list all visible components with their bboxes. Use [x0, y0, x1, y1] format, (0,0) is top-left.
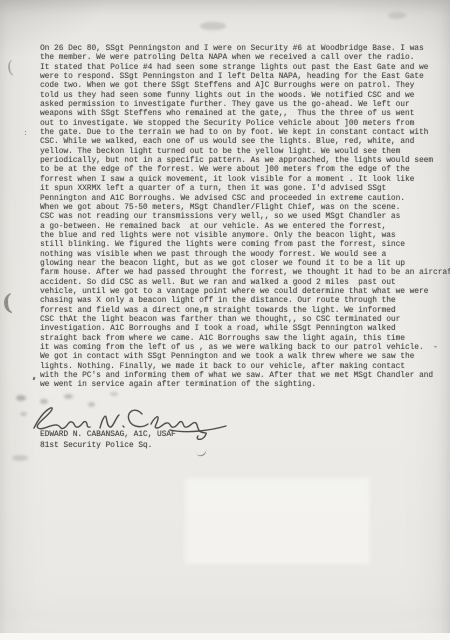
- handwritten-squiggle-mark: [195, 447, 208, 457]
- scan-edge-bottom: [0, 633, 450, 640]
- scanned-document-page: ( ( : On 26 Dec 80, SSgt Penningston and…: [0, 0, 450, 640]
- statement-body: On 26 Dec 80, SSgt Penningston and I wer…: [40, 45, 450, 391]
- pencil-smudge: [16, 395, 26, 401]
- pencil-smudge: [12, 455, 28, 461]
- scan-light-patch: [185, 478, 370, 564]
- pencil-smudge: [388, 12, 406, 19]
- handwritten-paren-mark-middle: (: [1, 290, 13, 317]
- pencil-smudge: [64, 394, 73, 399]
- unit-line: 81st Security Police Sq.: [40, 442, 152, 452]
- pencil-smudge: [110, 392, 118, 396]
- pencil-smudge: [20, 412, 27, 416]
- handwritten-paren-mark-top: (: [6, 58, 15, 79]
- handwritten-colon-mark: :: [24, 128, 27, 138]
- pencil-smudge: [200, 22, 226, 30]
- stray-ink-dot: [33, 377, 36, 381]
- typed-name-line: EDWARD N. CABANSAG, A1C, USAF: [40, 431, 176, 441]
